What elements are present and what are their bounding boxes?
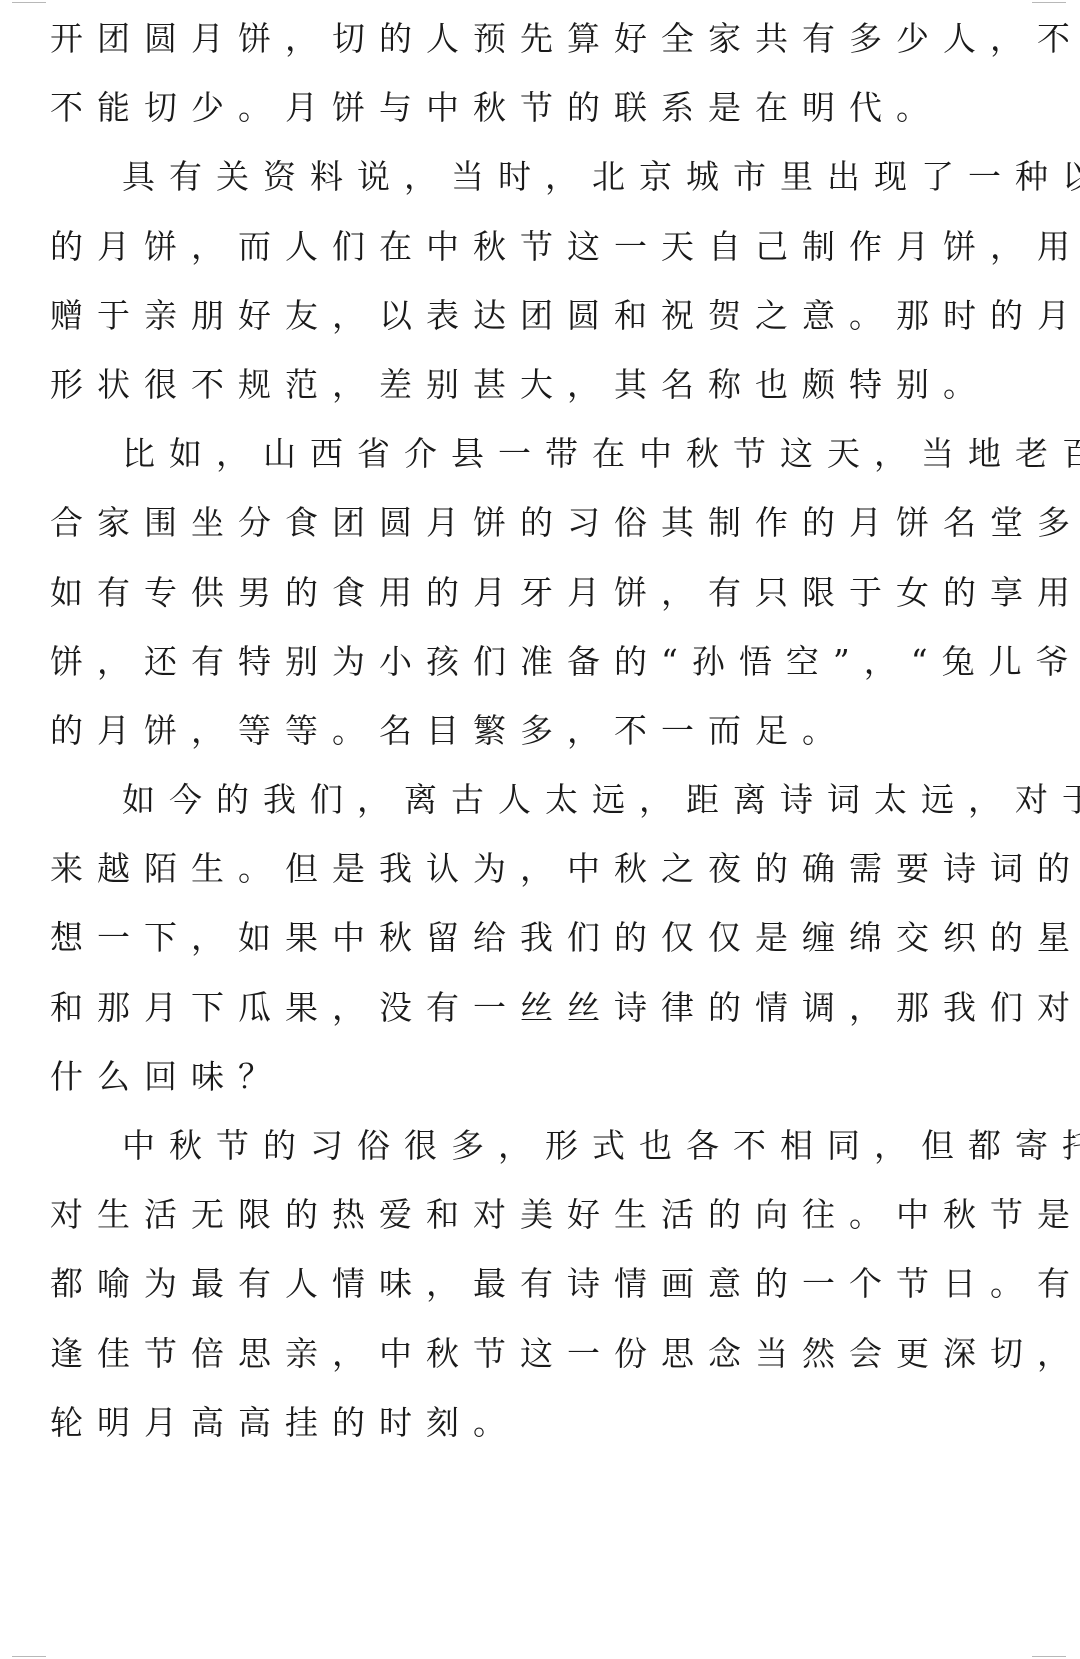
paragraph: 中秋节的习俗很多，形式也各不相同，但都寄托着人们 对生活无限的热爱和对美好生活的… [50, 1107, 980, 1453]
text-line: 如有专供男的食用的月牙月饼，有只限于女的享用的葫芦月 [50, 554, 980, 623]
paragraph: 比如，山西省介县一带在中秋节这天，当地老百姓已有 合家围坐分食团圆月饼的习俗其制… [50, 415, 980, 761]
page-corner-mark-bottom-right [1032, 1656, 1066, 1657]
text-line: 开团圆月饼，切的人预先算好全家共有多少人，不能切多也 [50, 0, 980, 69]
text-line: 的月饼，等等。名目繁多，不一而足。 [50, 692, 980, 761]
text-line: 赠于亲朋好友，以表达团圆和祝贺之意。那时的月饼大小和 [50, 277, 980, 346]
text-line: 来越陌生。但是我认为，中秋之夜的确需要诗词的陪伴。假 [50, 830, 980, 899]
text-line: 什么回味？ [50, 1038, 980, 1107]
text-line: 和那月下瓜果，没有一丝丝诗律的情调，那我们对中秋还有 [50, 969, 980, 1038]
text-line: 饼，还有特别为小孩们准备的“孙悟空”，“兔儿爷”之类 [50, 623, 980, 692]
text-line: 具有关资料说，当时，北京城市里出现了一种以果做馅 [50, 138, 980, 207]
page-corner-mark-top-left [12, 2, 46, 3]
page-corner-mark-bottom-left [12, 1656, 46, 1657]
text-line: 不能切少。月饼与中秋节的联系是在明代。 [50, 69, 980, 138]
paragraph: 具有关资料说，当时，北京城市里出现了一种以果做馅 的月饼，而人们在中秋节这一天自… [50, 138, 980, 415]
text-line: 逢佳节倍思亲，中秋节这一份思念当然会更深切，尤其是一 [50, 1315, 980, 1384]
document-page: 开团圆月饼，切的人预先算好全家共有多少人，不能切多也 不能切少。月饼与中秋节的联… [0, 0, 1080, 1659]
text-line: 形状很不规范，差别甚大，其名称也颇特别。 [50, 346, 980, 415]
text-line: 的月饼，而人们在中秋节这一天自己制作月饼，用于自身和 [50, 208, 980, 277]
text-line: 如今的我们，离古人太远，距离诗词太远，对于诗词越 [50, 761, 980, 830]
text-line: 中秋节的习俗很多，形式也各不相同，但都寄托着人们 [50, 1107, 980, 1176]
text-line: 对生活无限的热爱和对美好生活的向往。中秋节是人们一直 [50, 1176, 980, 1245]
paragraph: 开团圆月饼，切的人预先算好全家共有多少人，不能切多也 不能切少。月饼与中秋节的联… [50, 0, 980, 138]
text-line: 想一下，如果中秋留给我们的仅仅是缠绵交织的星月神话， [50, 899, 980, 968]
text-line: 轮明月高高挂的时刻。 [50, 1384, 980, 1453]
paragraph: 如今的我们，离古人太远，距离诗词太远，对于诗词越 来越陌生。但是我认为，中秋之夜… [50, 761, 980, 1107]
page-corner-mark-top-right [1032, 2, 1066, 3]
document-body[interactable]: 开团圆月饼，切的人预先算好全家共有多少人，不能切多也 不能切少。月饼与中秋节的联… [50, 0, 980, 1453]
text-line: 都喻为最有人情味，最有诗情画意的一个节日。有人说，每 [50, 1245, 980, 1314]
text-line: 比如，山西省介县一带在中秋节这天，当地老百姓已有 [50, 415, 980, 484]
text-line: 合家围坐分食团圆月饼的习俗其制作的月饼名堂多且有趣， [50, 484, 980, 553]
